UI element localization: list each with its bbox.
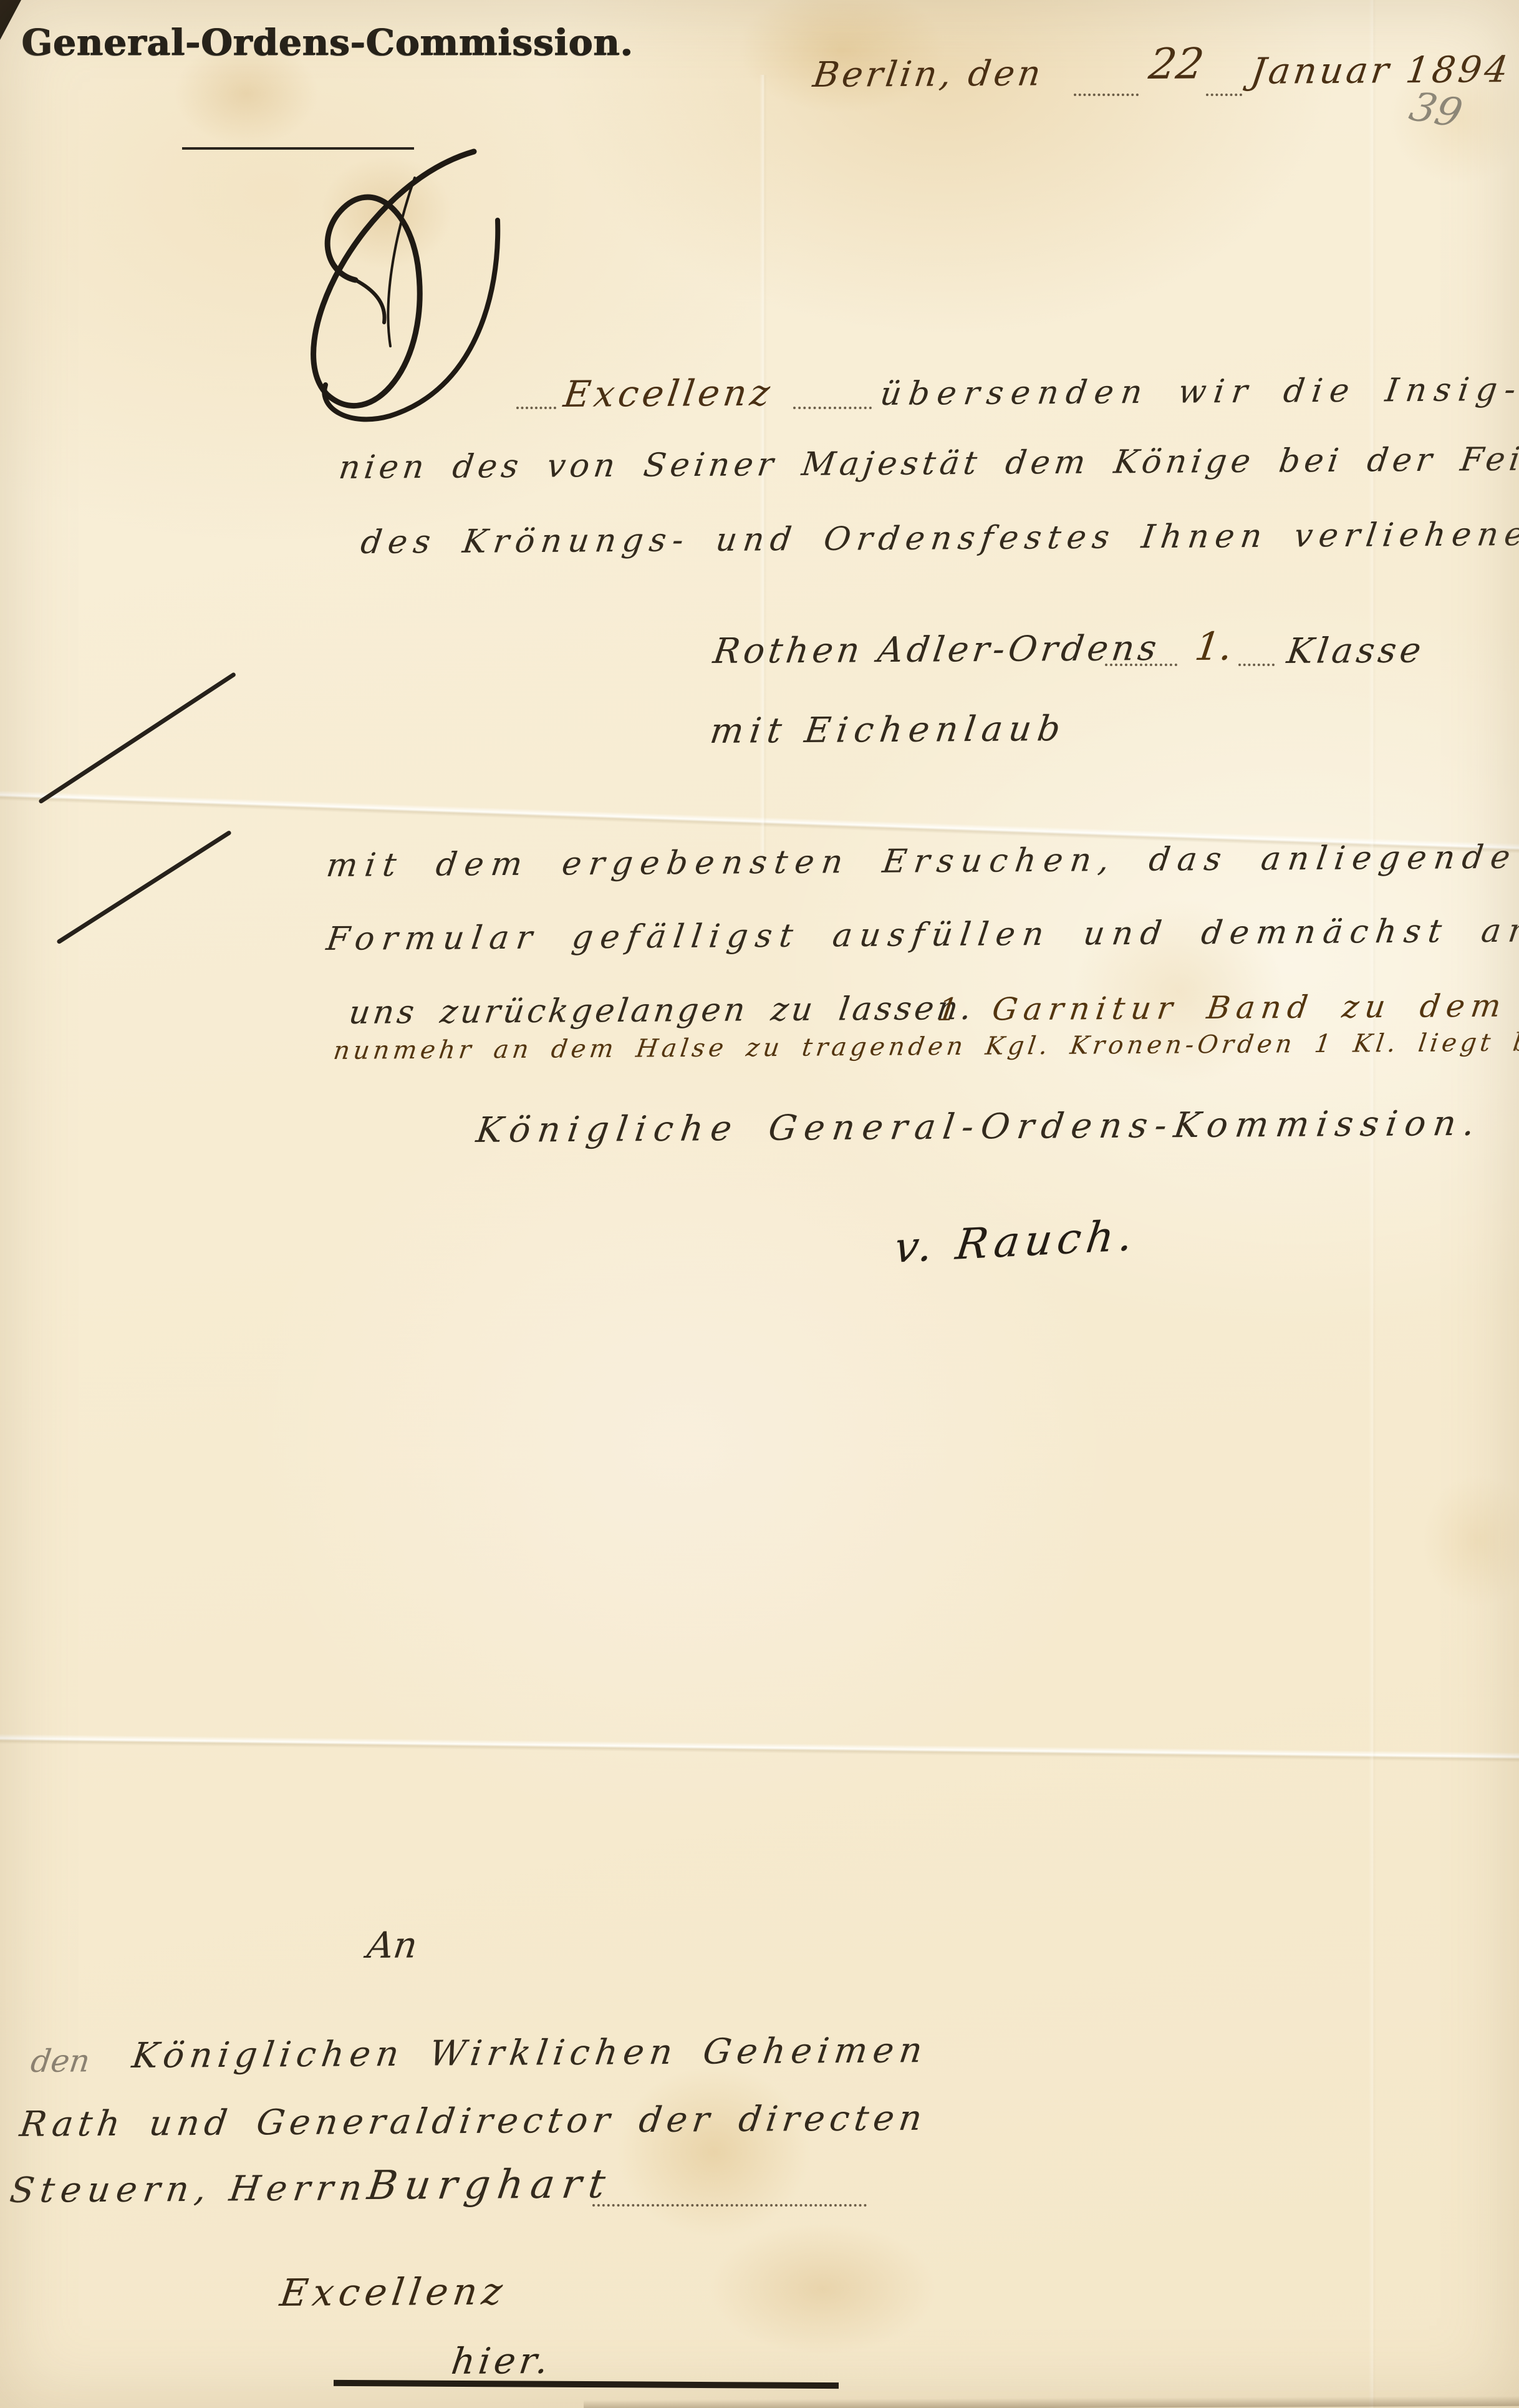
address-underline xyxy=(334,2380,839,2389)
letterhead-title: General-Ordens-Commission. xyxy=(21,21,633,64)
paper-stain xyxy=(661,2195,985,2382)
address-line1-prefix: den xyxy=(29,2043,92,2079)
address-recipient-name: Burghart xyxy=(365,2161,615,2209)
paper-stain xyxy=(1397,1447,1519,1634)
fold-crease xyxy=(1369,0,1376,2408)
body-line-small: nunmehr an dem Halse zu tragenden Kgl. K… xyxy=(332,1028,1519,1065)
registry-slash-mark xyxy=(38,672,236,804)
address-line2: Rath und Generaldirector der directen xyxy=(17,2098,929,2145)
order-class-number: 1. xyxy=(1192,624,1235,669)
dateline-day: 22 xyxy=(1146,39,1207,89)
flourish-initial-ew xyxy=(268,140,518,433)
dateline-place: Berlin, den xyxy=(811,53,1046,95)
letter-scan-page: General-Ordens-Commission. Berlin, den 2… xyxy=(0,0,1519,2408)
address-line1: Königlichen Wirklichen Geheimen xyxy=(130,2030,930,2076)
dateline-leader-dots xyxy=(1074,94,1139,96)
body-line: mit dem ergebensten Ersuchen, das anlieg… xyxy=(324,839,1519,884)
registry-slash-mark xyxy=(56,830,232,945)
dateline-leader-dots xyxy=(1206,94,1242,96)
pencil-number: 39 xyxy=(1405,84,1467,137)
scan-edge-artifact xyxy=(0,0,21,40)
paper-edge-shadow xyxy=(584,2396,1519,2408)
address-to: An xyxy=(365,1923,420,1966)
body-line-appendix: 1 Garnitur Band zu dem xyxy=(935,988,1509,1028)
order-leader-dots xyxy=(1238,664,1275,666)
body-line: Formular gefälligst ausfüllen und demnäc… xyxy=(324,912,1519,958)
fold-crease xyxy=(0,1734,1519,1763)
order-leader-dots xyxy=(1105,664,1177,666)
dateline-month-year: Januar 1894 xyxy=(1248,48,1513,92)
salutation-leader-dots xyxy=(793,407,872,409)
address-line3: Steuern, Herrn xyxy=(7,2168,370,2211)
salutation-honorific: Excellenz xyxy=(561,372,776,415)
body-line: übersenden wir die Insig- xyxy=(878,371,1519,413)
address-leader-dots xyxy=(592,2204,867,2207)
order-suffix: mit Eichenlaub xyxy=(708,708,1069,752)
order-name: Rothen Adler-Ordens xyxy=(711,628,1162,672)
body-line: des Krönungs- und Ordensfestes Ihnen ver… xyxy=(359,516,1519,561)
body-line: nien des von Seiner Majestät dem Könige … xyxy=(337,440,1519,486)
address-place: hier. xyxy=(449,2339,554,2382)
address-excellenz: Excellenz xyxy=(277,2270,510,2315)
closing-line: Königliche General-Ordens-Kommission. xyxy=(474,1103,1485,1151)
order-class-word: Klasse xyxy=(1285,630,1427,672)
salutation-leader-dots xyxy=(516,407,556,409)
body-line: uns zurückgelangen zu lassen. xyxy=(347,990,977,1032)
signature: v. Rauch. xyxy=(892,1211,1140,1273)
